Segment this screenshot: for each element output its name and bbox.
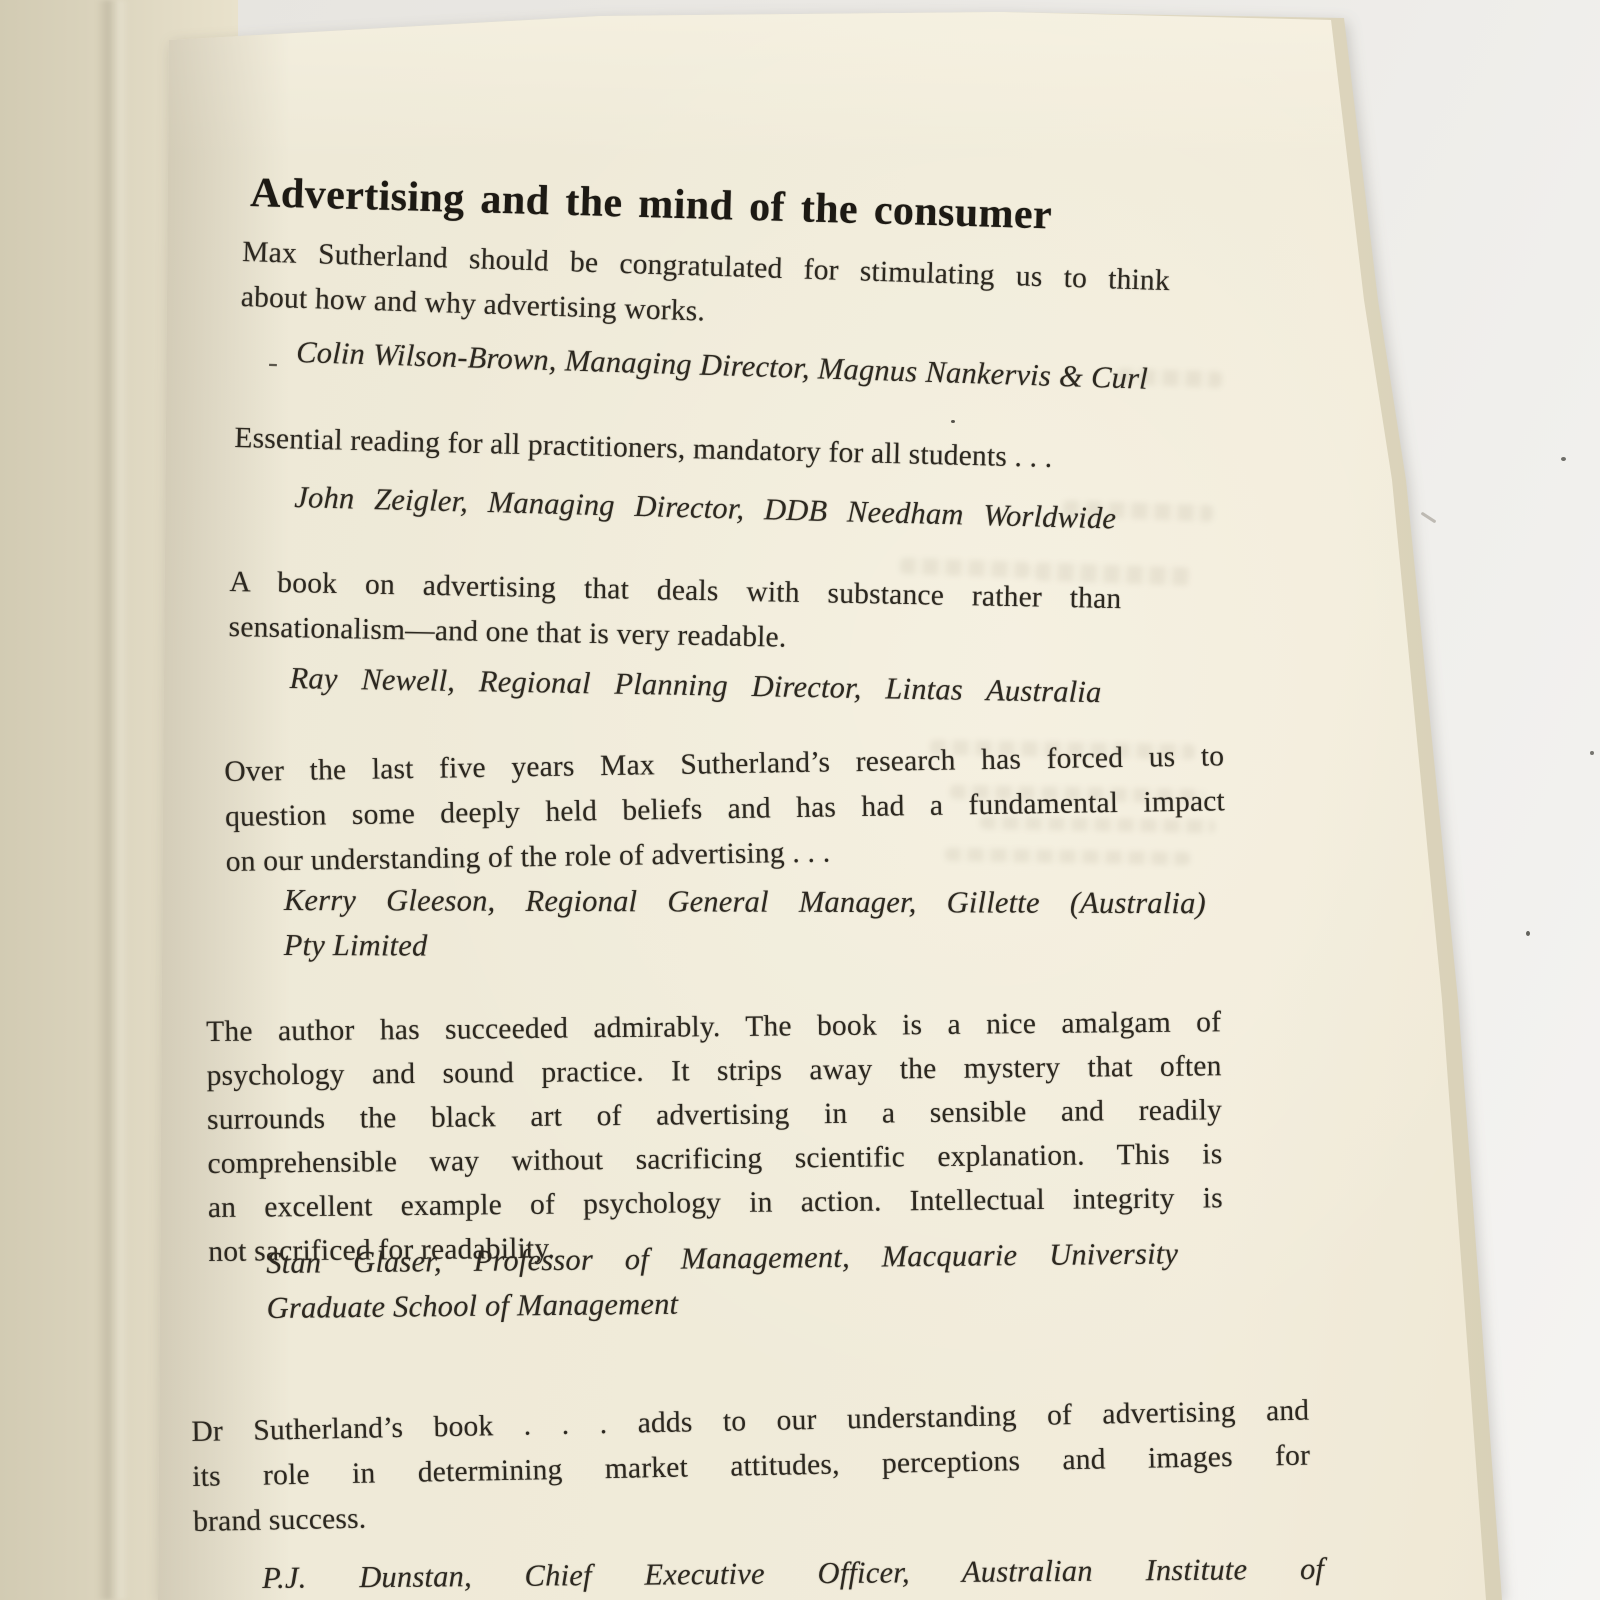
dust-speck: [1526, 931, 1530, 936]
text-line: Pty Limited: [284, 923, 1206, 971]
text-line: Kerry Gleeson, Regional General Manager,…: [284, 878, 1206, 926]
attribution-6-clipped: P.J. Dunstan, Chief Executive Officer, A…: [262, 1547, 1324, 1600]
dust-speck: [1590, 751, 1594, 755]
quote-4: Over the last five years Max Sutherland’…: [224, 734, 1226, 885]
dust-speck: [1561, 457, 1566, 461]
quote-3: A book on advertising that deals with su…: [228, 560, 1122, 667]
attribution-dash: -: [267, 346, 278, 380]
attribution-4: Kerry Gleeson, Regional General Manager,…: [284, 878, 1206, 971]
ink-fleck: [951, 420, 955, 423]
text-line: Stan Glaser, Professor of Management, Ma…: [266, 1231, 1178, 1286]
quote-6: Dr Sutherland’s book . . . adds to our u…: [191, 1389, 1311, 1545]
text-line: Graduate School of Management: [266, 1276, 1178, 1331]
attribution-5: Stan Glaser, Professor of Management, Ma…: [266, 1231, 1179, 1331]
text-line: P.J. Dunstan, Chief Executive Officer, A…: [262, 1547, 1324, 1600]
page-group: Advertising and the mind of the consumer…: [0, 0, 1600, 1600]
book-photo: Advertising and the mind of the consumer…: [0, 0, 1600, 1600]
